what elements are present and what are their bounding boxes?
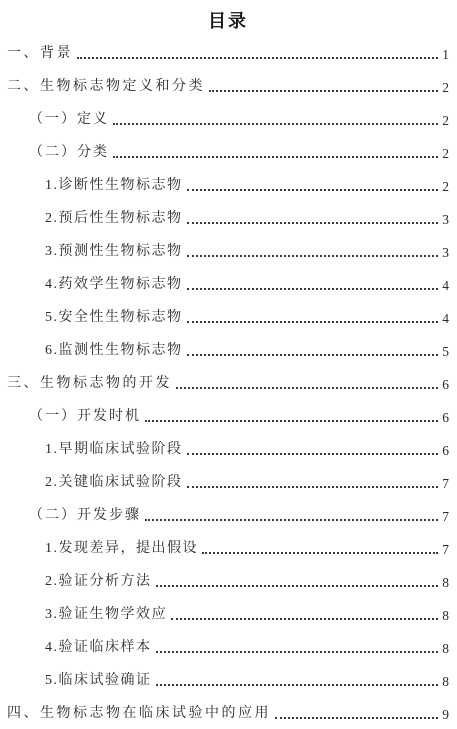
toc-entry-label: 一、背景 [7, 47, 73, 62]
toc-title: 目录 [7, 8, 449, 36]
toc-entry[interactable]: （二）开发步骤 7 [7, 498, 449, 531]
toc-entry-label: 四、生物标志物在临床试验中的应用 [7, 707, 271, 722]
toc-entry-page-number: 8 [440, 642, 449, 657]
toc-entry-page-number: 4 [440, 312, 449, 327]
toc-entry-page-number: 2 [440, 114, 449, 129]
toc-entry-label: 2.验证分析方法 [7, 575, 152, 590]
toc-entry-label: 6.监测性生物标志物 [7, 344, 183, 359]
toc-entry-page-number: 2 [440, 81, 449, 96]
toc-entry-page-number: 3 [440, 213, 449, 228]
dot-leader [209, 90, 438, 92]
toc-entry-page-number: 6 [440, 444, 449, 459]
toc-entry[interactable]: 四、生物标志物在临床试验中的应用 9 [7, 696, 449, 729]
toc-entry-label: 二、生物标志物定义和分类 [7, 80, 205, 95]
toc-entry[interactable]: （一）定义 2 [7, 102, 449, 135]
dot-leader [156, 585, 439, 587]
toc-entry-label: 5.临床试验确证 [7, 674, 152, 689]
toc-list: 一、背景 1 二、生物标志物定义和分类 2 （一）定义 2 （二）分类 2 [7, 36, 449, 729]
toc-entry[interactable]: 三、生物标志物的开发 6 [7, 366, 449, 399]
toc-entry[interactable]: 4.验证临床样本 8 [7, 630, 449, 663]
dot-leader [187, 288, 439, 290]
toc-entry-page-number: 7 [440, 543, 449, 558]
dot-leader [187, 453, 439, 455]
toc-entry[interactable]: 2.预后性生物标志物 3 [7, 201, 449, 234]
dot-leader [275, 717, 438, 719]
dot-leader [187, 222, 439, 224]
toc-entry-page-number: 8 [440, 609, 449, 624]
dot-leader [187, 321, 439, 323]
toc-entry[interactable]: 一、背景 1 [7, 36, 449, 69]
toc-entry-page-number: 5 [440, 345, 449, 360]
dot-leader [145, 420, 438, 422]
toc-entry-label: 4.药效学生物标志物 [7, 278, 183, 293]
toc-entry[interactable]: 5.安全性生物标志物 4 [7, 300, 449, 333]
toc-entry-label: 2.关键临床试验阶段 [7, 476, 183, 491]
toc-entry[interactable]: 2.关键临床试验阶段 7 [7, 465, 449, 498]
toc-entry[interactable]: 3.预测性生物标志物 3 [7, 234, 449, 267]
dot-leader [77, 57, 438, 59]
dot-leader [187, 354, 439, 356]
toc-entry-page-number: 9 [440, 708, 449, 723]
dot-leader [176, 387, 438, 389]
toc-entry-label: （一）开发时机 [7, 410, 141, 425]
toc-entry[interactable]: 6.监测性生物标志物 5 [7, 333, 449, 366]
toc-entry-label: 4.验证临床样本 [7, 641, 152, 656]
toc-entry-label: 3.预测性生物标志物 [7, 245, 183, 260]
toc-entry[interactable]: 5.临床试验确证 8 [7, 663, 449, 696]
dot-leader [202, 552, 438, 554]
dot-leader [156, 684, 439, 686]
toc-entry[interactable]: 2.验证分析方法 8 [7, 564, 449, 597]
toc-entry[interactable]: （一）开发时机 6 [7, 399, 449, 432]
toc-entry-page-number: 4 [440, 279, 449, 294]
toc-entry-label: 1.诊断性生物标志物 [7, 179, 183, 194]
dot-leader [171, 618, 438, 620]
toc-entry-label: （二）开发步骤 [7, 509, 141, 524]
toc-entry-page-number: 7 [440, 510, 449, 525]
toc-entry[interactable]: 4.药效学生物标志物 4 [7, 267, 449, 300]
dot-leader [113, 123, 438, 125]
toc-entry-page-number: 1 [440, 48, 449, 63]
document-page: 目录 一、背景 1 二、生物标志物定义和分类 2 （一）定义 2 （二）分类 [0, 0, 457, 729]
dot-leader [187, 255, 439, 257]
toc-entry-page-number: 8 [440, 675, 449, 690]
toc-entry-page-number: 2 [440, 180, 449, 195]
toc-entry-label: 2.预后性生物标志物 [7, 212, 183, 227]
toc-entry-label: 3.验证生物学效应 [7, 608, 167, 623]
toc-entry-page-number: 6 [440, 378, 449, 393]
toc-entry[interactable]: 二、生物标志物定义和分类 2 [7, 69, 449, 102]
dot-leader [187, 486, 439, 488]
toc-entry-label: 1.发现差异，提出假设 [7, 542, 198, 557]
dot-leader [145, 519, 438, 521]
dot-leader [156, 651, 439, 653]
toc-entry[interactable]: 1.发现差异，提出假设 7 [7, 531, 449, 564]
toc-entry-label: 三、生物标志物的开发 [7, 377, 172, 392]
dot-leader [187, 189, 439, 191]
toc-entry-label: 1.早期临床试验阶段 [7, 443, 183, 458]
toc-entry-label: （二）分类 [7, 146, 109, 161]
toc-entry-page-number: 8 [440, 576, 449, 591]
toc-entry-page-number: 7 [440, 477, 449, 492]
toc-entry[interactable]: 3.验证生物学效应 8 [7, 597, 449, 630]
toc-entry-label: 5.安全性生物标志物 [7, 311, 183, 326]
toc-entry-page-number: 2 [440, 147, 449, 162]
toc-entry[interactable]: （二）分类 2 [7, 135, 449, 168]
dot-leader [113, 156, 438, 158]
toc-entry-page-number: 3 [440, 246, 449, 261]
toc-entry[interactable]: 1.诊断性生物标志物 2 [7, 168, 449, 201]
toc-entry[interactable]: 1.早期临床试验阶段 6 [7, 432, 449, 465]
toc-entry-label: （一）定义 [7, 113, 109, 128]
toc-entry-page-number: 6 [440, 411, 449, 426]
